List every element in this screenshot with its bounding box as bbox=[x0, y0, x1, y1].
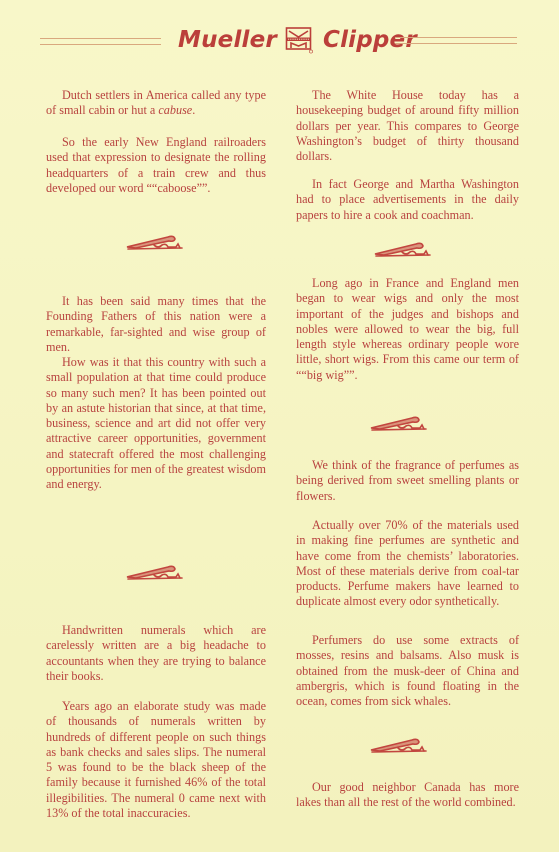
masthead-title: Mueller Clipper bbox=[178, 22, 417, 58]
paragraph-white-house-budget: The White House today has a housekeeping… bbox=[296, 88, 519, 164]
mueller-m-logo-icon bbox=[285, 26, 315, 54]
newsletter-page: Mueller Clipper Dutch settlers in Americ… bbox=[0, 0, 559, 852]
paragraph-perfume-fragrance: We think of the fragrance of perfumes as… bbox=[296, 458, 519, 504]
paragraph-big-wig: Long ago in France and England men began… bbox=[296, 276, 519, 383]
italic-word-cabuse: cabuse bbox=[158, 103, 192, 117]
clipper-clip-icon bbox=[368, 734, 430, 756]
paragraph-musk-ambergris: Perfumers do use some extracts of mosses… bbox=[296, 633, 519, 709]
clipper-clip-icon bbox=[368, 412, 430, 434]
masthead-rule-left bbox=[40, 38, 161, 45]
paragraph-founding-fathers-why: How was it that this country with such a… bbox=[46, 355, 266, 493]
title-mueller: Mueller bbox=[178, 27, 277, 53]
paragraph-caboose-origin: Dutch settlers in America called any typ… bbox=[46, 88, 266, 119]
paragraph-canada-lakes: Our good neighbor Canada has more lakes … bbox=[296, 780, 519, 811]
masthead: Mueller Clipper bbox=[0, 20, 559, 60]
paragraph-handwritten-numerals: Handwritten numerals which are carelessl… bbox=[46, 623, 266, 684]
clipper-clip-icon bbox=[372, 238, 434, 260]
paragraph-washington-advertisements: In fact George and Martha Washington had… bbox=[296, 177, 519, 223]
paragraph-numerals-study: Years ago an elaborate study was made of… bbox=[46, 699, 266, 821]
paragraph-founding-fathers: It has been said many times that the Fou… bbox=[46, 294, 266, 355]
clipper-clip-icon bbox=[124, 561, 186, 583]
paragraph-caboose-railroad: So the early New England railroaders use… bbox=[46, 135, 266, 196]
paragraph-synthetic-perfumes: Actually over 70% of the materials used … bbox=[296, 518, 519, 610]
clipper-clip-icon bbox=[124, 231, 186, 253]
masthead-rule-right bbox=[395, 37, 517, 44]
